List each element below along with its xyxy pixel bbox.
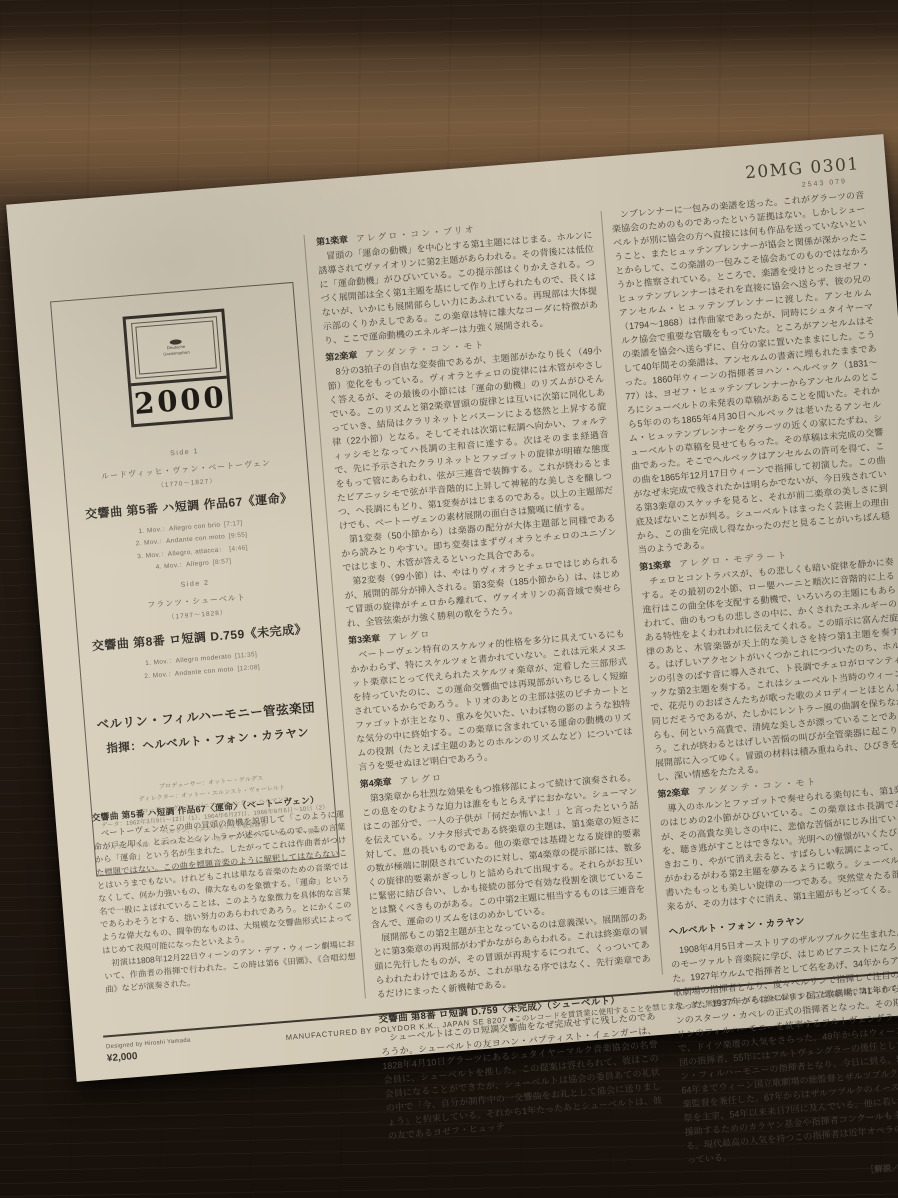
series-2000-logo: 2000 xyxy=(131,379,230,425)
dg-brand-line2: Grammophon xyxy=(163,350,190,357)
side1-movement-list: 1. Mov.：Allegro con brio [7:17]2. Mov.：A… xyxy=(78,513,307,580)
performers-block: ベルリン・フィルハーモニー管弦楽団 指揮：ヘルベルト・フォン・カラヤン xyxy=(92,697,321,757)
record-sleeve-back: 20MG 0301 2543 079 Deutsche Grammophon 2… xyxy=(6,134,898,1082)
track-listing-box: Deutsche Grammophon 2000 Side 1 ルードヴィッヒ・… xyxy=(50,282,340,877)
catalog-block: 20MG 0301 2543 079 xyxy=(744,154,861,193)
paragraph: ンブレンナーに一包みの楽譜を送った。これがグラーツの音楽協会のためのものであった… xyxy=(610,188,891,557)
paragraph: 1908年4月5日オーストリアのザルツブルクに生まれた。同地のモーツァルト音楽院… xyxy=(670,924,898,1168)
dg-emblem-icon: Deutsche Grammophon xyxy=(126,312,227,386)
paragraph: 冒頭の「運命の動機」を中心とする第1主題にはじまる。ホルンに誘導されてヴァイオリ… xyxy=(317,228,600,348)
paragraph: ベートーヴェンがこの曲の冒頭の動機を説明して「このように運命が戸を叩く」と云った… xyxy=(92,808,354,958)
paragraph: ベートーヴェン特有のスケルツォ的性格を多分に具えているにもかかわらず、特にスケル… xyxy=(349,627,634,775)
paragraph: 第3楽章から壮烈な効果をもつ推移部によって続けて演奏される。この息をのむような迫… xyxy=(360,770,646,932)
footer-left-block: Designed by Hiroshi Yamada ¥2,000 xyxy=(106,1038,192,1065)
paragraph: 導入のホルンとファゴットで奏せられる楽句にも、第1楽章のはじめの2小節がひびいて… xyxy=(658,782,898,914)
paragraph: 8分の3拍子の自由な変奏曲であるが、主題部がかなり長く（49小節）変化をもってい… xyxy=(326,343,615,533)
record-label-logo: Deutsche Grammophon 2000 xyxy=(122,309,233,428)
paragraph: チェロとコントラバスが、もの悲しくも暗い旋律を静かに奏する。その最初の2小節、ロ… xyxy=(640,555,898,785)
liner-notes-left-column: 交響曲 第5番 ハ短調 作品67〈運命〉（ベートーヴェン）ベートーヴェンがこの曲… xyxy=(91,792,357,997)
photo-background: 20MG 0301 2543 079 Deutsche Grammophon 2… xyxy=(0,0,898,1198)
